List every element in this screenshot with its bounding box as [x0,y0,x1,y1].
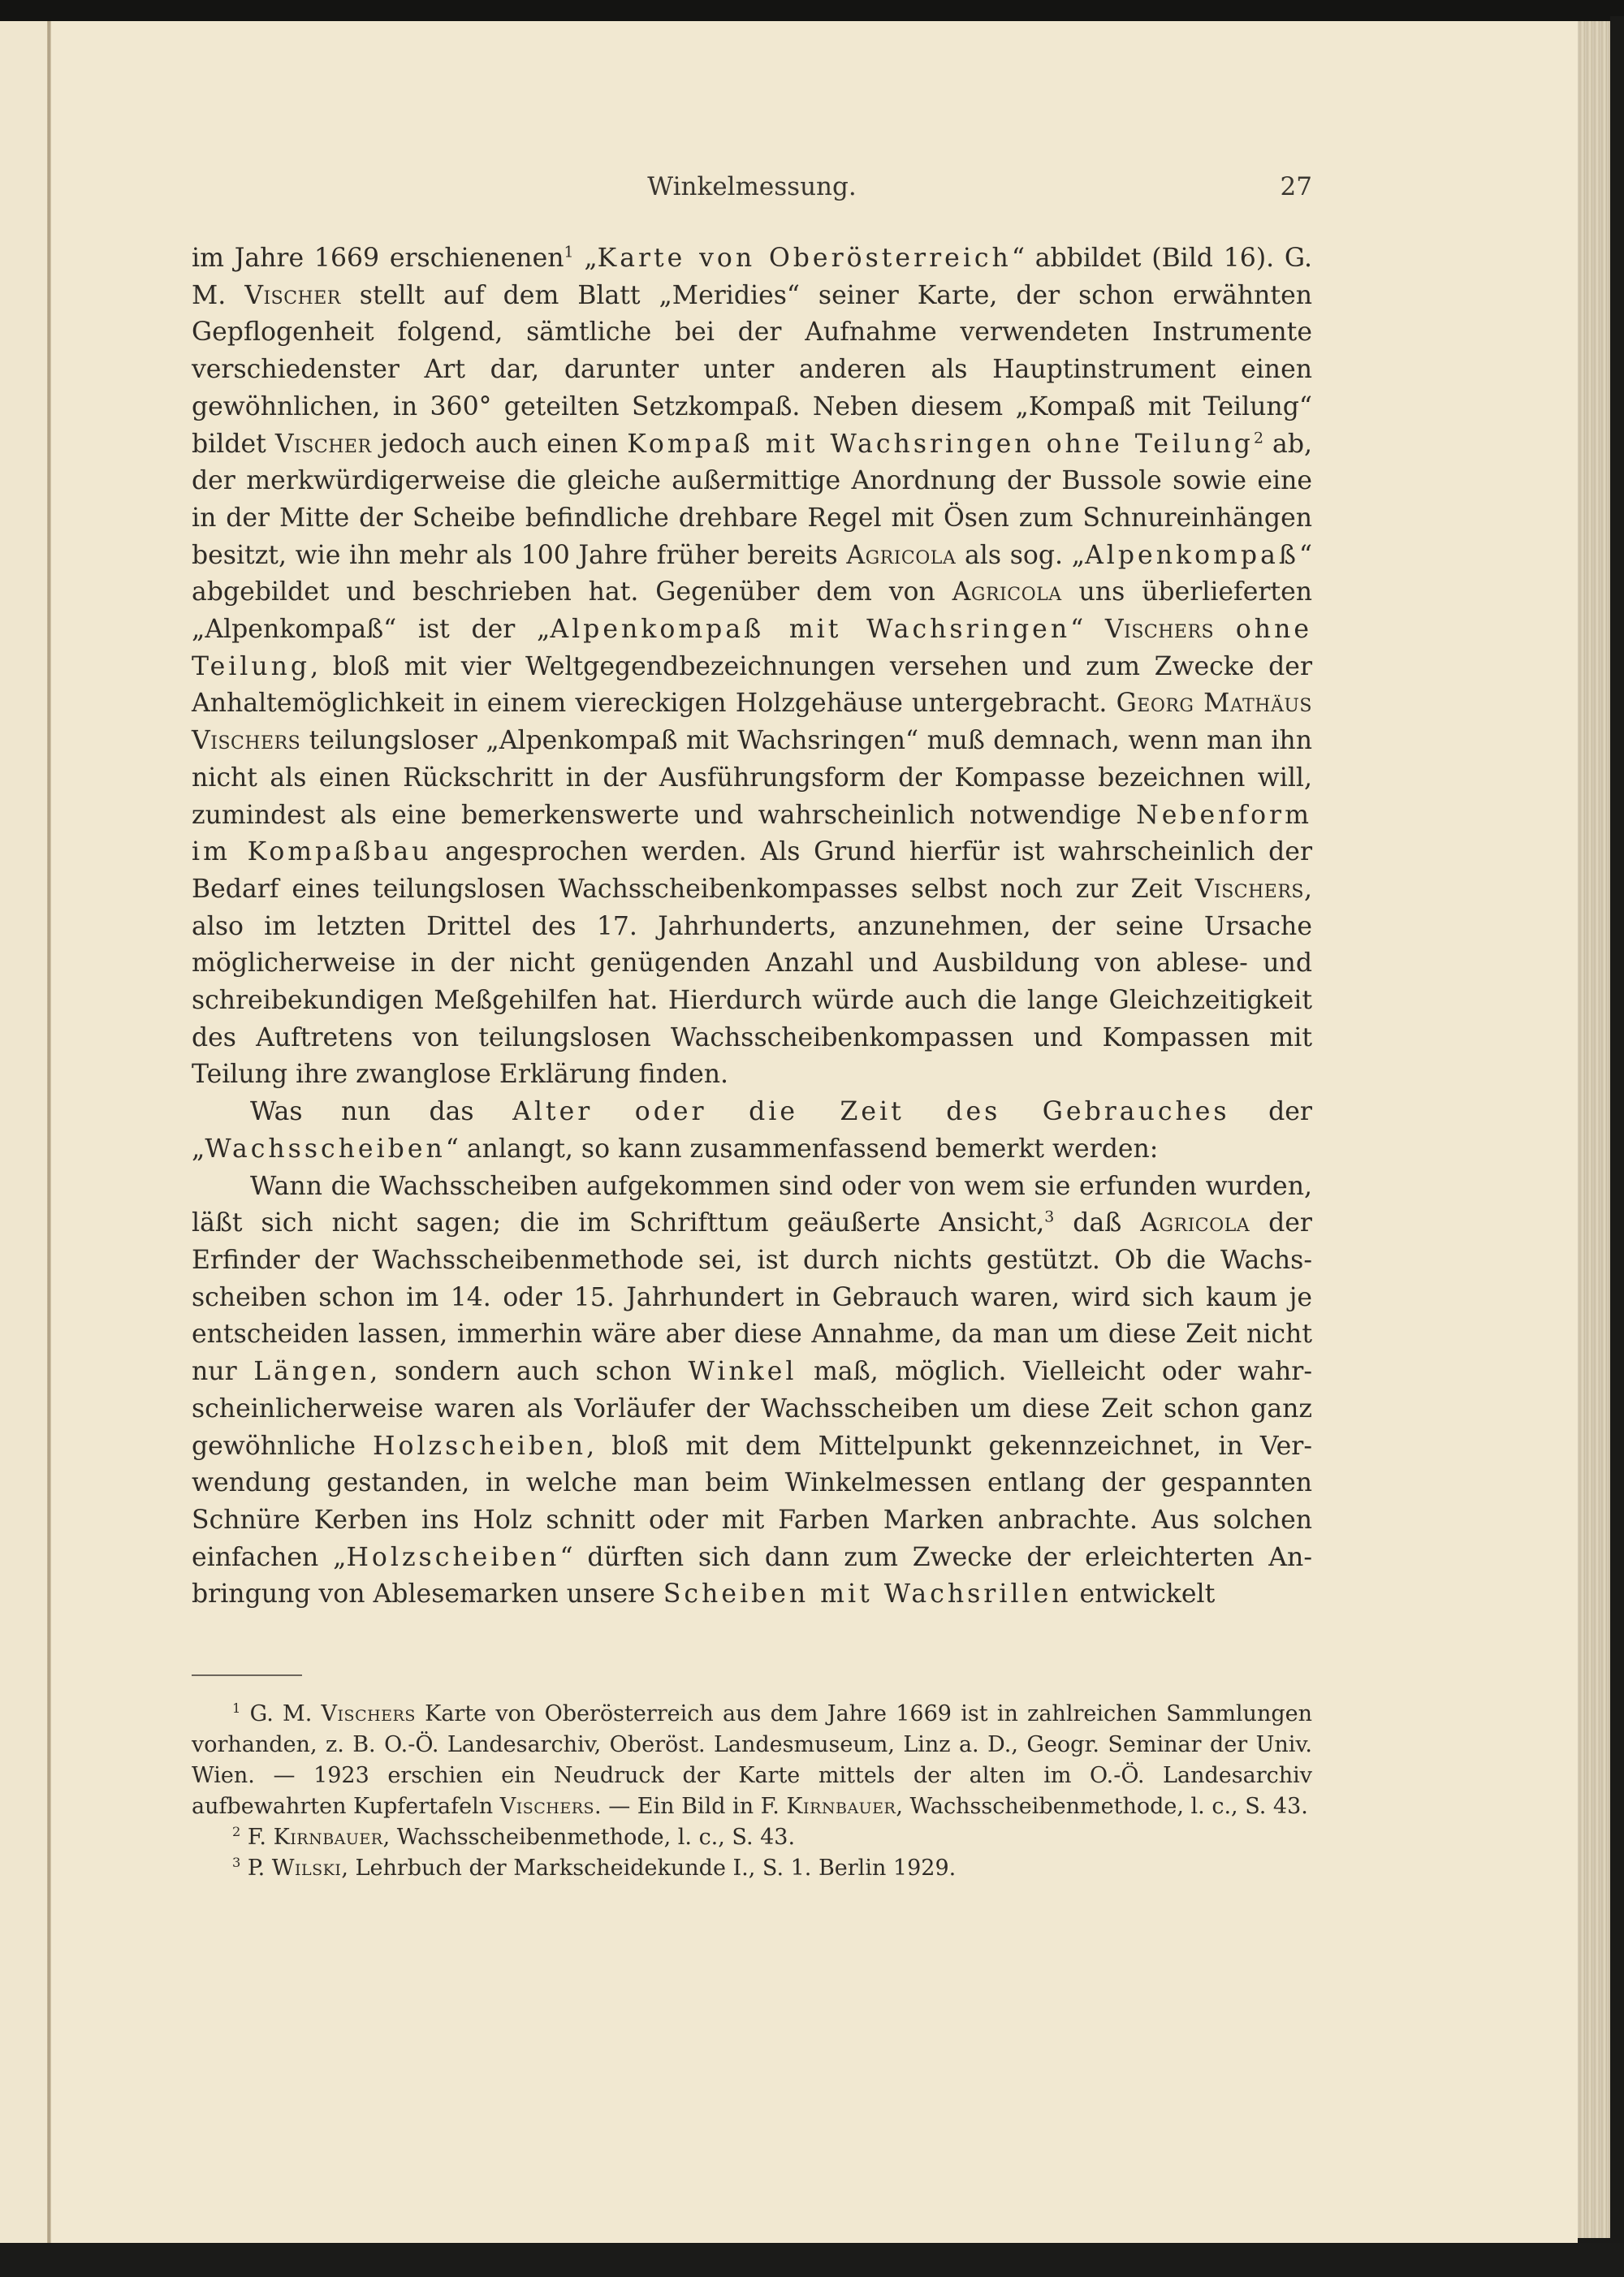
emphasis-spaced: Holzscheiben [346,1543,559,1572]
text-run: „ [574,244,598,273]
emphasis-spaced: Alter oder die Zeit des Gebrauches [512,1097,1230,1126]
text-run: “ [1070,615,1105,644]
paragraph: im Jahre 1669 erschienenen1 „Karte von O… [192,240,1312,1094]
footnote-reference: 2 [1254,429,1263,447]
body-text: im Jahre 1669 erschienenen1 „Karte von O… [192,240,1312,1614]
running-title: Winkelmessung. [192,172,1312,201]
text-run: im Jahre 1669 erschienenen [192,244,564,273]
emphasis-spaced: Winkel [688,1357,797,1386]
emphasis-spaced: Scheiben mit Wachsrillen [663,1579,1072,1609]
text-run [1214,615,1236,644]
paragraph: Wann die Wachsscheiben aufgekommen sind … [192,1169,1312,1614]
text-run: Was nun das [250,1097,512,1126]
text-run: , sondern auch schon [369,1357,688,1386]
author-name: Wilski [272,1856,342,1881]
author-name: Vischers [322,1701,416,1726]
author-name: Kirnbauer [274,1825,383,1850]
text-run: , Lehrbuch der Markscheidekunde I., S. 1… [341,1856,956,1881]
author-name: Agricola [952,577,1062,607]
author-name: Agricola [1140,1208,1250,1238]
text-run: , Wachsscheibenmethode, l. c., S. 43. [383,1825,795,1850]
text-run: entwickelt [1072,1579,1216,1609]
page-stack-edge [1578,21,1610,2238]
text-run: F. [248,1825,274,1850]
author-name: Vischers [500,1794,594,1819]
footnote: 1 G. M. Vischers Karte von Oberösterreic… [192,1699,1312,1822]
emphasis-spaced: Alpenkompaß mit Wachsringen [550,615,1070,644]
footnote-marker: 1 [232,1700,240,1716]
text-run: “ anlangt, so kann zusammenfassend bemer… [446,1134,1159,1164]
scan-background-bottom [0,2243,1624,2277]
running-header: Winkelmessung. 27 [192,172,1312,205]
text-run: , also im letzten Drittel des 17. Jahrhu… [192,875,1312,1090]
author-name: Vischer [244,281,341,310]
emphasis-spaced: Kompaß mit Wachsringen ohne Teilung [627,430,1254,459]
footnote: 3 P. Wilski, Lehrbuch der Markscheidekun… [192,1853,1312,1884]
emphasis-spaced: Längen [253,1357,369,1386]
text-run: jedoch auch einen [372,430,628,459]
footnote-reference: 3 [1044,1208,1054,1226]
footnote-marker: 2 [232,1824,240,1839]
page-number: 27 [1281,172,1312,201]
author-name: Vischers [1195,875,1304,904]
paragraph: Was nun das Alter oder die Zeit des Gebr… [192,1094,1312,1168]
emphasis-spaced: Karte von Oberösterreich [598,244,1012,273]
emphasis-spaced: Holzscheiben [373,1432,586,1461]
page-gutter [47,21,51,2246]
scan-background-top [0,0,1624,21]
text-run: G. M. [250,1701,322,1726]
scan-background-right [1610,16,1624,2277]
author-name: Vischers [1105,615,1214,644]
footnote: 2 F. Kirnbauer, Wachsscheibenmethode, l.… [192,1822,1312,1853]
emphasis-spaced: Alpenkompaß [1085,541,1299,570]
author-name: Vischer [275,430,372,459]
author-name: Agricola [846,541,956,570]
facing-page-edge [0,21,50,2246]
footnotes: 1 G. M. Vischers Karte von Oberösterreic… [192,1699,1312,1884]
text-run: als sog. „ [956,541,1085,570]
footnote-separator [192,1674,302,1676]
text-run: , Wachsscheibenmethode, l. c., S. 43. [896,1794,1307,1819]
text-run: . — Ein Bild in F. [594,1794,786,1819]
footnote-reference: 1 [564,244,574,261]
author-name: Kirnbauer [786,1794,896,1819]
footnote-marker: 3 [232,1855,240,1870]
emphasis-spaced: Wachsscheiben [205,1134,445,1164]
text-run: P. [248,1856,272,1881]
text-run: daß [1054,1208,1140,1238]
